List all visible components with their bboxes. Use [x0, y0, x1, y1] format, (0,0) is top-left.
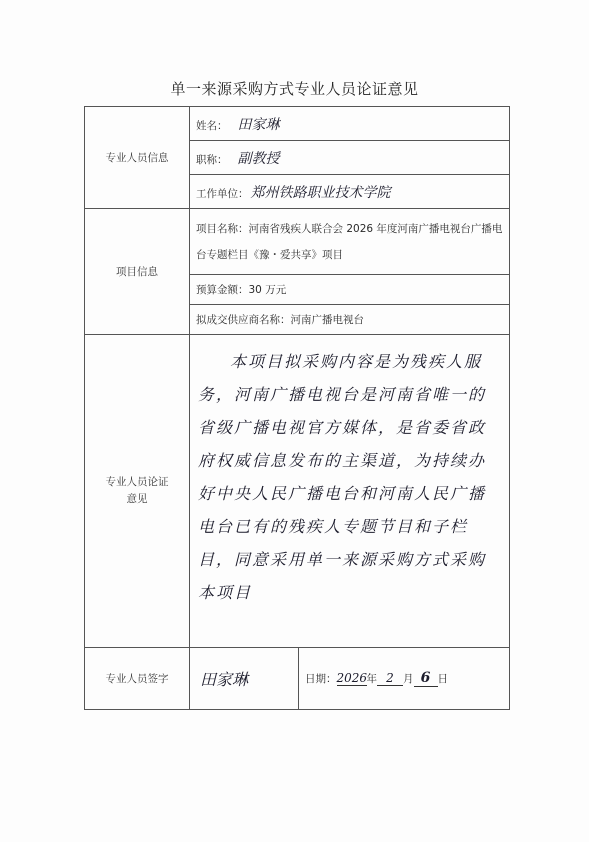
month-unit: 月 — [403, 673, 414, 685]
project-name-label: 项目名称： — [196, 223, 249, 235]
row-project-name: 项目信息 项目名称：河南省残疾人联合会 2026 年度河南广播电视台广播电台专题… — [85, 209, 510, 275]
name-field: 姓名：田家琳 — [190, 107, 510, 141]
document-title: 单一来源采购方式专业人员论证意见 — [0, 78, 589, 99]
row-opinion: 专业人员论证意见 本项目拟采购内容是为残疾人服务，河南广播电视台是河南省唯一的省… — [85, 335, 510, 648]
budget-value: 30 万元 — [249, 284, 287, 296]
employer-label: 工作单位： — [196, 188, 249, 200]
opinion-field: 本项目拟采购内容是为残疾人服务，河南广播电视台是河南省唯一的省级广播电视官方媒体… — [190, 335, 510, 648]
supplier-field: 拟成交供应商名称：河南广播电视台 — [190, 305, 510, 335]
name-value: 田家琳 — [238, 117, 280, 133]
title-field: 职称：副教授 — [190, 141, 510, 175]
row-name: 专业人员信息 姓名：田家琳 — [85, 107, 510, 141]
date-day: 6 — [414, 670, 438, 687]
title-label: 职称： — [196, 154, 228, 166]
row-signature: 专业人员签字 田家琳 日期：2026年2月6日 — [85, 648, 510, 710]
day-unit: 日 — [438, 673, 449, 685]
budget-field: 预算金额：30 万元 — [190, 275, 510, 305]
title-value: 副教授 — [238, 151, 280, 167]
expert-info-label: 专业人员信息 — [85, 107, 190, 209]
date-year: 2026 — [337, 671, 367, 686]
signature-label: 专业人员签字 — [85, 648, 190, 710]
supplier-value: 河南广播电视台 — [291, 314, 365, 326]
signature-value: 田家琳 — [200, 670, 248, 689]
employer-value: 郑州铁路职业技术学院 — [251, 185, 391, 201]
date-field: 日期：2026年2月6日 — [299, 648, 510, 710]
project-info-label: 项目信息 — [85, 209, 190, 335]
name-label: 姓名： — [196, 120, 228, 132]
supplier-label: 拟成交供应商名称： — [196, 314, 291, 326]
budget-label: 预算金额： — [196, 284, 249, 296]
signature-field: 田家琳 — [190, 648, 299, 710]
opinion-label: 专业人员论证意见 — [85, 335, 190, 648]
opinion-handwritten-text: 本项目拟采购内容是为残疾人服务，河南广播电视台是河南省唯一的省级广播电视官方媒体… — [198, 345, 501, 609]
year-unit: 年 — [367, 673, 378, 685]
argumentation-form-table: 专业人员信息 姓名：田家琳 职称：副教授 工作单位：郑州铁路职业技术学院 项目信… — [84, 106, 510, 710]
project-name-field: 项目名称：河南省残疾人联合会 2026 年度河南广播电视台广播电台专题栏目《豫・… — [190, 209, 510, 275]
employer-field: 工作单位：郑州铁路职业技术学院 — [190, 175, 510, 209]
date-label: 日期： — [305, 673, 337, 685]
opinion-label-text: 专业人员论证意见 — [102, 474, 172, 508]
date-month: 2 — [377, 671, 403, 686]
